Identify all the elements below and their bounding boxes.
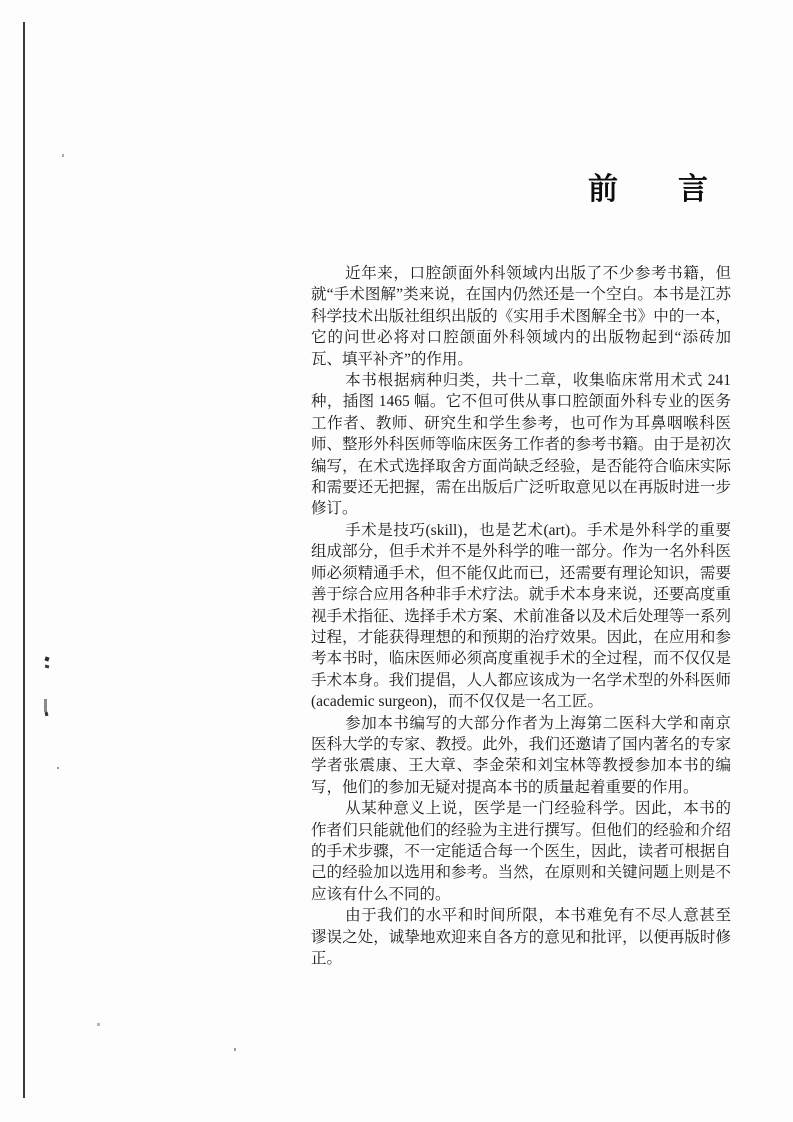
scan-artifact-speck <box>45 712 49 717</box>
scan-artifact-speck <box>97 1023 100 1026</box>
page-title: 前言 <box>588 174 768 206</box>
scan-artifact-speck <box>45 665 50 669</box>
preface-paragraph: 手术是技巧(skill)，也是艺术(art)。手术是外科学的重要组成部分，但手术… <box>311 520 731 713</box>
scan-artifact-speck <box>57 767 59 769</box>
scanned-book-page: 前言 近年来，口腔颌面外科领域内出版了不少参考书籍，但就“手术图解”类来说，在国… <box>0 0 793 1122</box>
scan-artifact-speck <box>234 1048 236 1051</box>
scan-artifact-speck <box>44 656 49 661</box>
preface-paragraph: 近年来，口腔颌面外科领域内出版了不少参考书籍，但就“手术图解”类来说，在国内仍然… <box>311 263 731 370</box>
scan-artifact-speck <box>62 154 64 157</box>
scan-spine-line <box>23 22 25 1098</box>
preface-text-block: 近年来，口腔颌面外科领域内出版了不少参考书籍，但就“手术图解”类来说，在国内仍然… <box>311 263 731 969</box>
preface-paragraph: 本书根据病种归类，共十二章，收集临床常用术式 241 种，插图 1465 幅。它… <box>311 370 731 520</box>
scan-artifact-smudge <box>44 699 47 712</box>
preface-paragraph: 参加本书编写的大部分作者为上海第二医科大学和南京医科大学的专家、教授。此外，我们… <box>311 713 731 799</box>
preface-paragraph: 由于我们的水平和时间所限，本书难免有不尽人意甚至谬误之处，诚挚地欢迎来自各方的意… <box>311 905 731 969</box>
preface-paragraph: 从某种意义上说，医学是一门经验科学。因此，本书的作者们只能就他们的经验为主进行撰… <box>311 798 731 905</box>
